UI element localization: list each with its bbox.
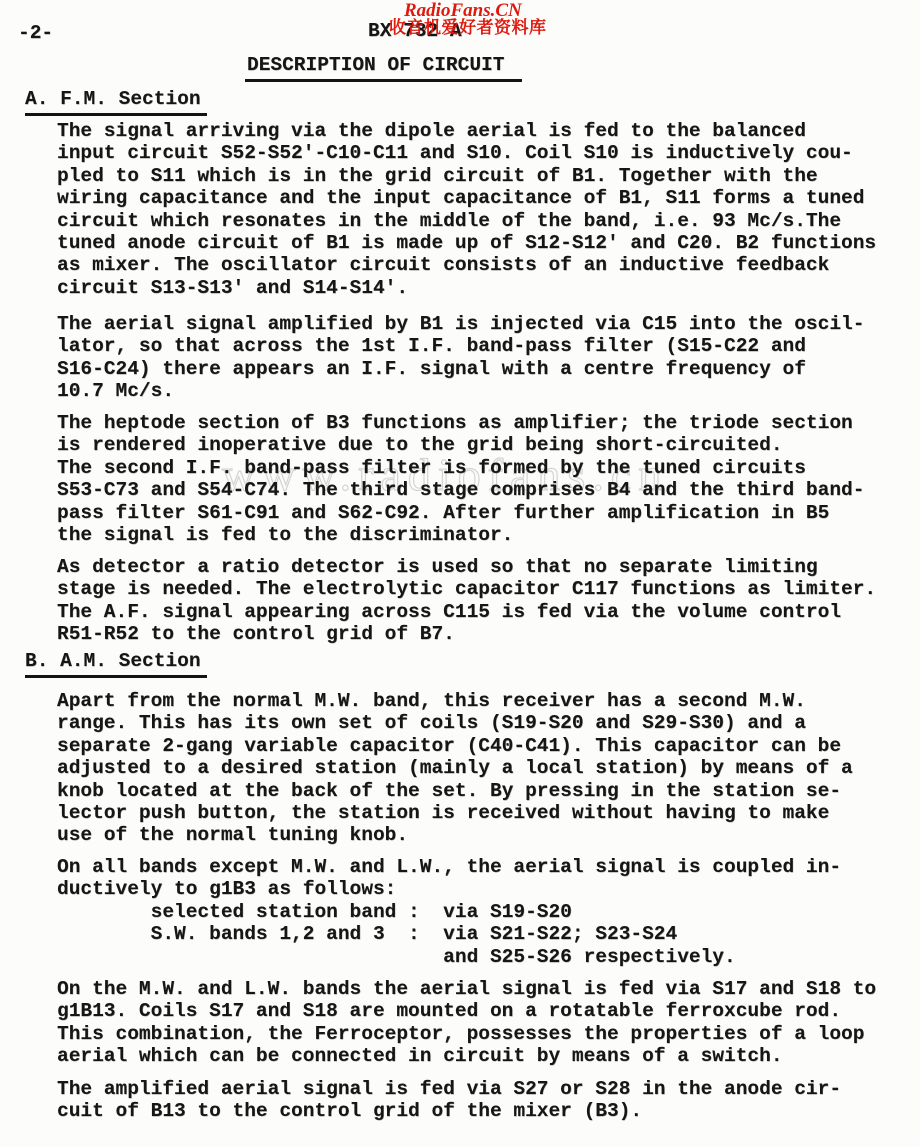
section-heading-fm: A. F.M. Section — [25, 88, 207, 116]
paragraph-fm-2: The aerial signal amplified by B1 is inj… — [57, 313, 864, 403]
paragraph-am-1: Apart from the normal M.W. band, this re… — [57, 690, 853, 847]
paragraph-am-4: The amplified aerial signal is fed via S… — [57, 1078, 841, 1123]
document-page: -2- BX 732 A RadioFans.CN 收音机爱好者资料库 www.… — [0, 0, 920, 1147]
watermark-chinese-text: 收音机爱好者资料库 — [389, 19, 547, 37]
paragraph-am-2: On all bands except M.W. and L.W., the a… — [57, 856, 841, 968]
document-title: DESCRIPTION OF CIRCUIT — [245, 54, 522, 82]
paragraph-fm-1: The signal arriving via the dipole aeria… — [57, 120, 876, 299]
page-number: -2- — [18, 22, 53, 44]
paragraph-fm-4: As detector a ratio detector is used so … — [57, 556, 876, 646]
section-heading-am: B. A.M. Section — [25, 650, 207, 678]
paragraph-fm-3: The heptode section of B3 functions as a… — [57, 412, 864, 546]
paragraph-am-3: On the M.W. and L.W. bands the aerial si… — [57, 978, 876, 1068]
